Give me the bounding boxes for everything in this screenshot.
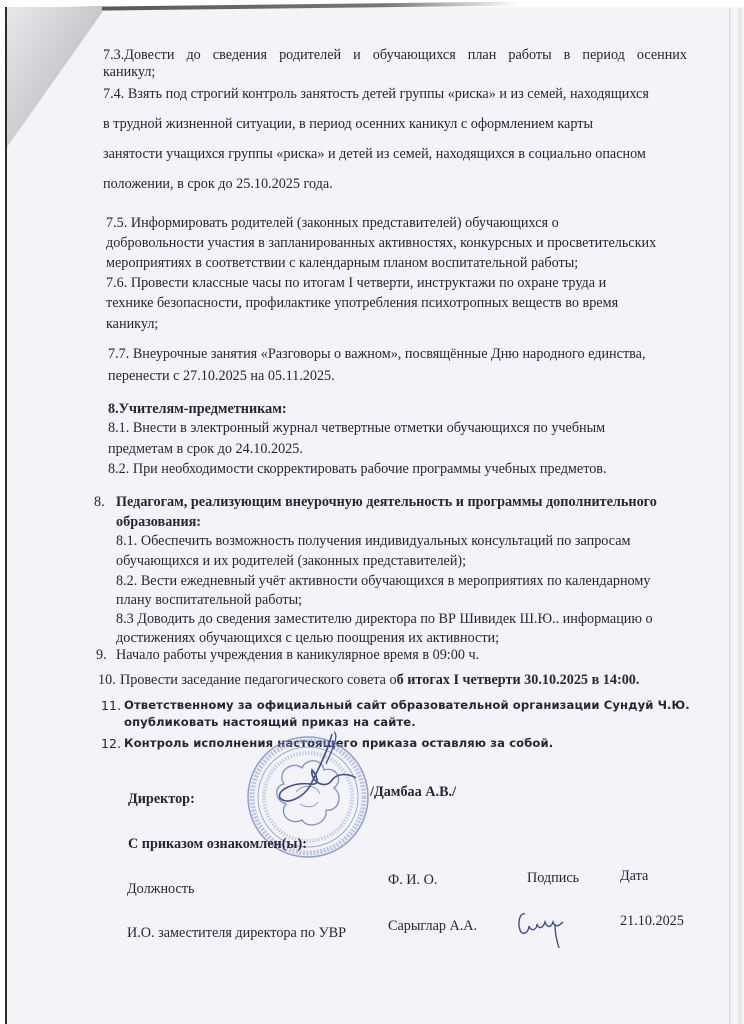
header-date: Дата: [620, 868, 648, 885]
document-page: 7.3.Довести до сведения родителей и обуч…: [0, 0, 744, 1024]
section-8-teachers-item-2: 8.2. При необходимости скорректировать р…: [108, 461, 607, 478]
section-7-5-line-3: мероприятиях в соответствии с календарны…: [106, 255, 578, 272]
director-signature-icon: [270, 730, 360, 820]
section-11-line-1: Ответственному за официальный сайт образ…: [124, 697, 690, 714]
section-8-extra-item-1-line-2: обучающихся и их родителей (законных пре…: [116, 553, 466, 570]
section-8-extra-heading-line-1: Педагогам, реализующим внеурочную деятел…: [116, 494, 657, 511]
section-8-extra-number: 8.: [94, 494, 105, 511]
section-8-teachers-item-1-line-2: предметам в срок до 24.10.2025.: [108, 441, 303, 458]
section-7-4-line-2: в трудной жизненной ситуации, в период о…: [103, 116, 593, 133]
section-8-teachers-item-1-line-1: 8.1. Внести в электронный журнал четверт…: [108, 420, 605, 437]
section-11-line-2: опубликовать настоящий приказ на сайте.: [124, 714, 416, 731]
section-8-teachers-heading: 8.Учителям-предметникам:: [108, 401, 287, 418]
section-8-extra-item-1-line-1: 8.1. Обеспечить возможность получения ин…: [116, 533, 631, 550]
section-7-6-line-1: 7.6. Провести классные часы по итогам I …: [106, 275, 606, 292]
section-9-text: Начало работы учреждения в каникулярное …: [116, 647, 479, 664]
section-7-3-line-1: 7.3.Довести до сведения родителей и обуч…: [103, 47, 687, 64]
section-7-4-line-3: занятости учащихся группы «риска» и дете…: [103, 146, 646, 163]
director-name: /Дамбаа А.В./: [370, 784, 456, 801]
section-7-5-line-1: 7.5. Информировать родителей (законных п…: [106, 215, 559, 232]
section-7-4-line-4: положении, в срок до 25.10.2025 года.: [103, 176, 333, 193]
section-7-5-line-2: добровольности участия в запланированных…: [106, 235, 656, 252]
section-7-6-line-2: технике безопасности, профилактике употр…: [106, 295, 618, 312]
section-8-extra-item-2-line-1: 8.2. Вести ежедневный учёт активности об…: [116, 573, 650, 590]
section-9-number: 9.: [96, 647, 107, 664]
header-name: Ф. И. О.: [388, 872, 437, 889]
section-7-3-line-2: каникул;: [103, 64, 155, 81]
section-10-text-bold: б итогах I четверти 30.10.2025 в 14:00.: [397, 672, 640, 688]
sarilar-signature-icon: [515, 906, 570, 951]
section-8-extra-heading-line-2: образования:: [116, 514, 201, 531]
section-10-number: 10.: [98, 672, 116, 689]
row-position: И.О. заместителя директора по УВР: [127, 925, 346, 942]
section-10-text-plain: Провести заседание педагогического совет…: [120, 672, 397, 688]
section-12-number: 12.: [101, 735, 121, 752]
section-11-number: 11.: [101, 697, 121, 714]
section-8-extra-item-2-line-2: плану воспитательной работы;: [116, 592, 302, 609]
header-signature: Подпись: [527, 870, 579, 887]
section-8-extra-item-3-line-2: достижениях обучающихся с целью поощрени…: [116, 630, 499, 647]
acknowledged-label: С приказом ознакомлен(ы):: [128, 836, 307, 853]
section-10-text: Провести заседание педагогического совет…: [120, 672, 639, 689]
director-label: Директор:: [128, 791, 195, 808]
section-7-7-line-1: 7.7. Внеурочные занятия «Разговоры о важ…: [108, 346, 646, 363]
header-position: Должность: [127, 881, 194, 898]
row-date: 21.10.2025: [620, 913, 684, 930]
row-name: Сарыглар А.А.: [388, 918, 477, 935]
section-7-7-line-2: перенести с 27.10.2025 на 05.11.2025.: [108, 368, 335, 385]
section-7-4-line-1: 7.4. Взять под строгий контроль занятост…: [103, 86, 649, 103]
section-8-extra-item-3-line-1: 8.3 Доводить до сведения заместителю дир…: [116, 611, 653, 628]
section-7-6-line-3: каникул;: [106, 316, 158, 333]
